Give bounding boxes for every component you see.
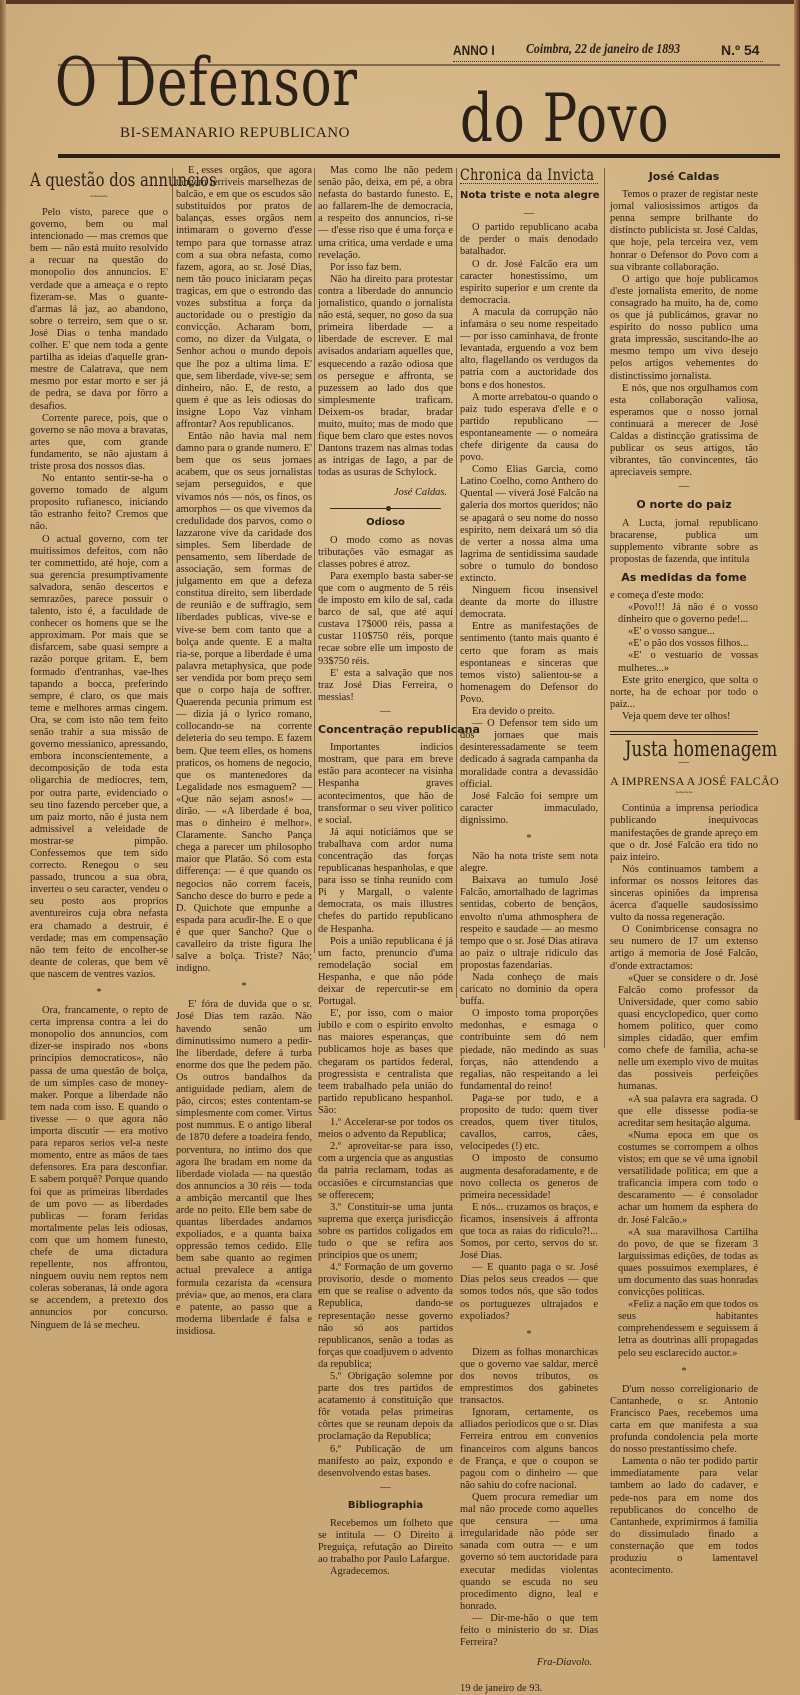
issue-date: Coimbra, 22 de janeiro de 1893 — [526, 42, 680, 58]
paragraph-group: E' fóra de duvida que o sr. José Dias te… — [176, 999, 312, 1120]
paragraph-group: O modo como as novas tributações vão esm… — [318, 535, 453, 704]
paragraph: O dr. José Falcão era um caracter honest… — [460, 259, 598, 307]
paragraph: A macula da corrupção não infamára o seu… — [460, 307, 598, 392]
column-divider — [604, 168, 605, 1048]
paragraph-group: Não ha nota triste sem nota alegre.Baixa… — [460, 851, 598, 1120]
paragraph: Entre as manifestações de sentimento (ta… — [460, 621, 598, 706]
intro-line: e começa d'este modo: — [610, 590, 758, 602]
paragraph: Para exemplo basta saber-se que com o au… — [318, 571, 453, 668]
paragraph: O imposto toma proporções medonhas, e es… — [460, 1008, 598, 1093]
masthead: O Defensor do Povo BI-SEMANARIO REPUBLIC… — [25, 28, 760, 158]
paragraph: Temos o prazer de registar neste jornal … — [610, 189, 758, 274]
separator: — — [318, 706, 453, 718]
paragraph: Pelo visto, parece que o governo, bem ou… — [30, 207, 168, 413]
ornament: ~~~~ — [610, 789, 758, 797]
paragraph-group: O partido republicano acaba de perder o … — [460, 222, 598, 827]
paragraph-group: «Povo!!! Já não é o vosso dinheiro que o… — [610, 602, 758, 675]
paragraph: Já aqui noticiámos que se trabalhava com… — [318, 827, 453, 936]
separator — [330, 508, 441, 509]
paragraph: A morte arrebatou-o quando o paiz tudo e… — [460, 392, 598, 465]
page-edge-right — [794, 0, 800, 1120]
section-star: * — [30, 987, 168, 999]
issue-year: ANNO I — [453, 42, 495, 58]
paragraph: Como Elias Garcia, como Latino Coelho, c… — [460, 464, 598, 585]
paragraph: O modo como as novas tributações vão esm… — [318, 535, 453, 571]
article-heading-annuncios: A questão dos annuncios — [30, 169, 138, 191]
article-subheading-nota: Nota triste e nota alegre — [460, 190, 598, 202]
paragraph: José Falcão foi sempre um caracter immac… — [460, 791, 598, 827]
paragraph: E nós, que nos orgulhamos com esta colla… — [610, 383, 758, 480]
masthead-bottom-rule — [58, 154, 780, 158]
paragraph: Nós continuamos tambem a informar os nos… — [610, 864, 758, 924]
paragraph: O partido republicano acaba de perder o … — [460, 222, 598, 258]
separator: — — [460, 208, 598, 220]
paragraph-group: Pelo visto, parece que o governo, bem ou… — [30, 207, 168, 981]
column-2: E esses orgãos, que agora tangem terrive… — [176, 165, 312, 1120]
paragraph: «Povo!!! Já não é o vosso dinheiro que o… — [610, 602, 758, 626]
paragraph-group: «Quer se considere o dr. José Falcão com… — [610, 973, 758, 1120]
section-heading-chronica: Chronica da Invicta — [460, 169, 573, 181]
paragraph: Pois a união republicana é já um facto, … — [318, 936, 453, 1009]
paragraph: O actual governo, com ter muitissimos de… — [30, 534, 168, 981]
paragraph: E', por isso, com o maior jubilo e com o… — [318, 1008, 453, 1117]
paragraph: Era devido o preito. — [460, 706, 598, 718]
article-heading-odioso: Odioso — [318, 517, 453, 529]
page-edge-top — [0, 0, 800, 4]
paragraph-group: Continúa a imprensa periodica publicando… — [610, 803, 758, 972]
column-1: A questão dos annuncios ~~~~ Pelo visto,… — [30, 165, 168, 1120]
paragraph: «E' o pão dos vossos filhos... — [610, 638, 758, 650]
newspaper-subtitle: BI-SEMANARIO REPUBLICANO — [120, 125, 350, 142]
paragraph: Não ha nota triste sem nota alegre. — [460, 851, 598, 875]
signature-jose-caldas: José Caldas. — [318, 487, 447, 499]
paragraph: E esses orgãos, que agora tangem terrive… — [176, 165, 312, 431]
paragraph: O Conimbricense consagra no seu numero d… — [610, 924, 758, 972]
newspaper-title-right: do Povo — [460, 80, 669, 157]
paragraph: E' esta a salvação que nos traz José Dia… — [318, 668, 453, 704]
column-3: Mas como lhe não pedem senão pão, deixa,… — [318, 165, 453, 1120]
paragraph: «Quer se considere o dr. José Falcão com… — [610, 973, 758, 1094]
article-heading-justa-homenagem: Justa homenagem — [625, 743, 743, 755]
paragraph: Baixava ao tumulo José Falcão, amortalha… — [460, 875, 598, 972]
paragraph-group: E esses orgãos, que agora tangem terrive… — [176, 165, 312, 975]
newspaper-title-left: O Defensor — [55, 44, 358, 121]
paragraph-group: A Lucta, jornal republicano bracarense, … — [610, 518, 758, 566]
paragraph: Veja quem deve ter olhos! — [610, 711, 758, 723]
paragraph: E' fóra de duvida que o sr. José Dias te… — [176, 999, 312, 1120]
column-divider — [314, 168, 315, 953]
newspaper-page: O Defensor do Povo BI-SEMANARIO REPUBLIC… — [0, 0, 800, 1120]
paragraph: — O Defensor tem sido um dos jornaes que… — [460, 718, 598, 791]
paragraph: «A sua palavra era sagrada. O que elle d… — [610, 1094, 758, 1120]
article-heading-jose-caldas: José Caldas — [610, 171, 758, 183]
page-edge-left — [0, 0, 6, 1120]
paragraph: Então não havia mal nem damno para o gra… — [176, 431, 312, 975]
separator: — — [610, 481, 758, 493]
column-divider — [172, 168, 173, 958]
paragraph: Mas como lhe não pedem senão pão, deixa,… — [318, 165, 453, 262]
paragraph-group: Este grito energico, que solta o norte, … — [610, 675, 758, 723]
column-4: Chronica da Invicta Nota triste e nota a… — [460, 165, 598, 1120]
paragraph: A Lucta, jornal republicano bracarense, … — [610, 518, 758, 566]
section-star: * — [460, 833, 598, 845]
paragraph-group: Temos o prazer de registar neste jornal … — [610, 189, 758, 479]
paragraph: Por isso faz bem. — [318, 262, 453, 274]
paragraph: Corrente parece, pois, que o governo se … — [30, 413, 168, 473]
article-heading-norte: O norte do paiz — [610, 499, 758, 511]
ornament: ~~~~ — [30, 193, 168, 201]
article-heading-concentracao: Concentração republicana — [318, 724, 453, 736]
paragraph: Continúa a imprensa periodica publicando… — [610, 803, 758, 863]
section-star: * — [176, 981, 312, 993]
article-subheading-imprensa: A IMPRENSA A JOSÉ FALCÃO — [610, 775, 758, 787]
issue-number: N.º 54 — [721, 42, 760, 58]
paragraph-group: Ora, francamente, o repto de certa impre… — [30, 1005, 168, 1120]
article-subheading-medidas: As medidas da fome — [610, 572, 758, 584]
paragraph-group: Importantes indicios mostram, que para e… — [318, 742, 453, 1120]
paragraph: Nada conheço de mais caricato no dominio… — [460, 972, 598, 1008]
paragraph: O artigo que hoje publicamos d'este jorn… — [610, 274, 758, 383]
paragraph: Ora, francamente, o repto de certa impre… — [30, 1005, 168, 1120]
paragraph: No entanto sentir-se-ha o governo tomado… — [30, 473, 168, 533]
column-5: José Caldas Temos o prazer de registar n… — [610, 165, 758, 1120]
paragraph: «E' o vosso sangue... — [610, 626, 758, 638]
column-divider — [456, 168, 457, 998]
paragraph: Paga-se por tudo, e a proposito de tudo:… — [460, 1093, 598, 1120]
paragraph: Ninguem ficou insensivel deante da morte… — [460, 585, 598, 621]
paragraph-group: Mas como lhe não pedem senão pão, deixa,… — [318, 165, 453, 479]
paragraph: «E' o vestuario de vossas mulheres...» — [610, 650, 758, 674]
paragraph: Importantes indicios mostram, que para e… — [318, 742, 453, 827]
paragraph: Não ha direito para protestar contra a l… — [318, 274, 453, 480]
meta-dotted-rule — [453, 61, 763, 62]
paragraph: Este grito energico, que solta o norte, … — [610, 675, 758, 711]
